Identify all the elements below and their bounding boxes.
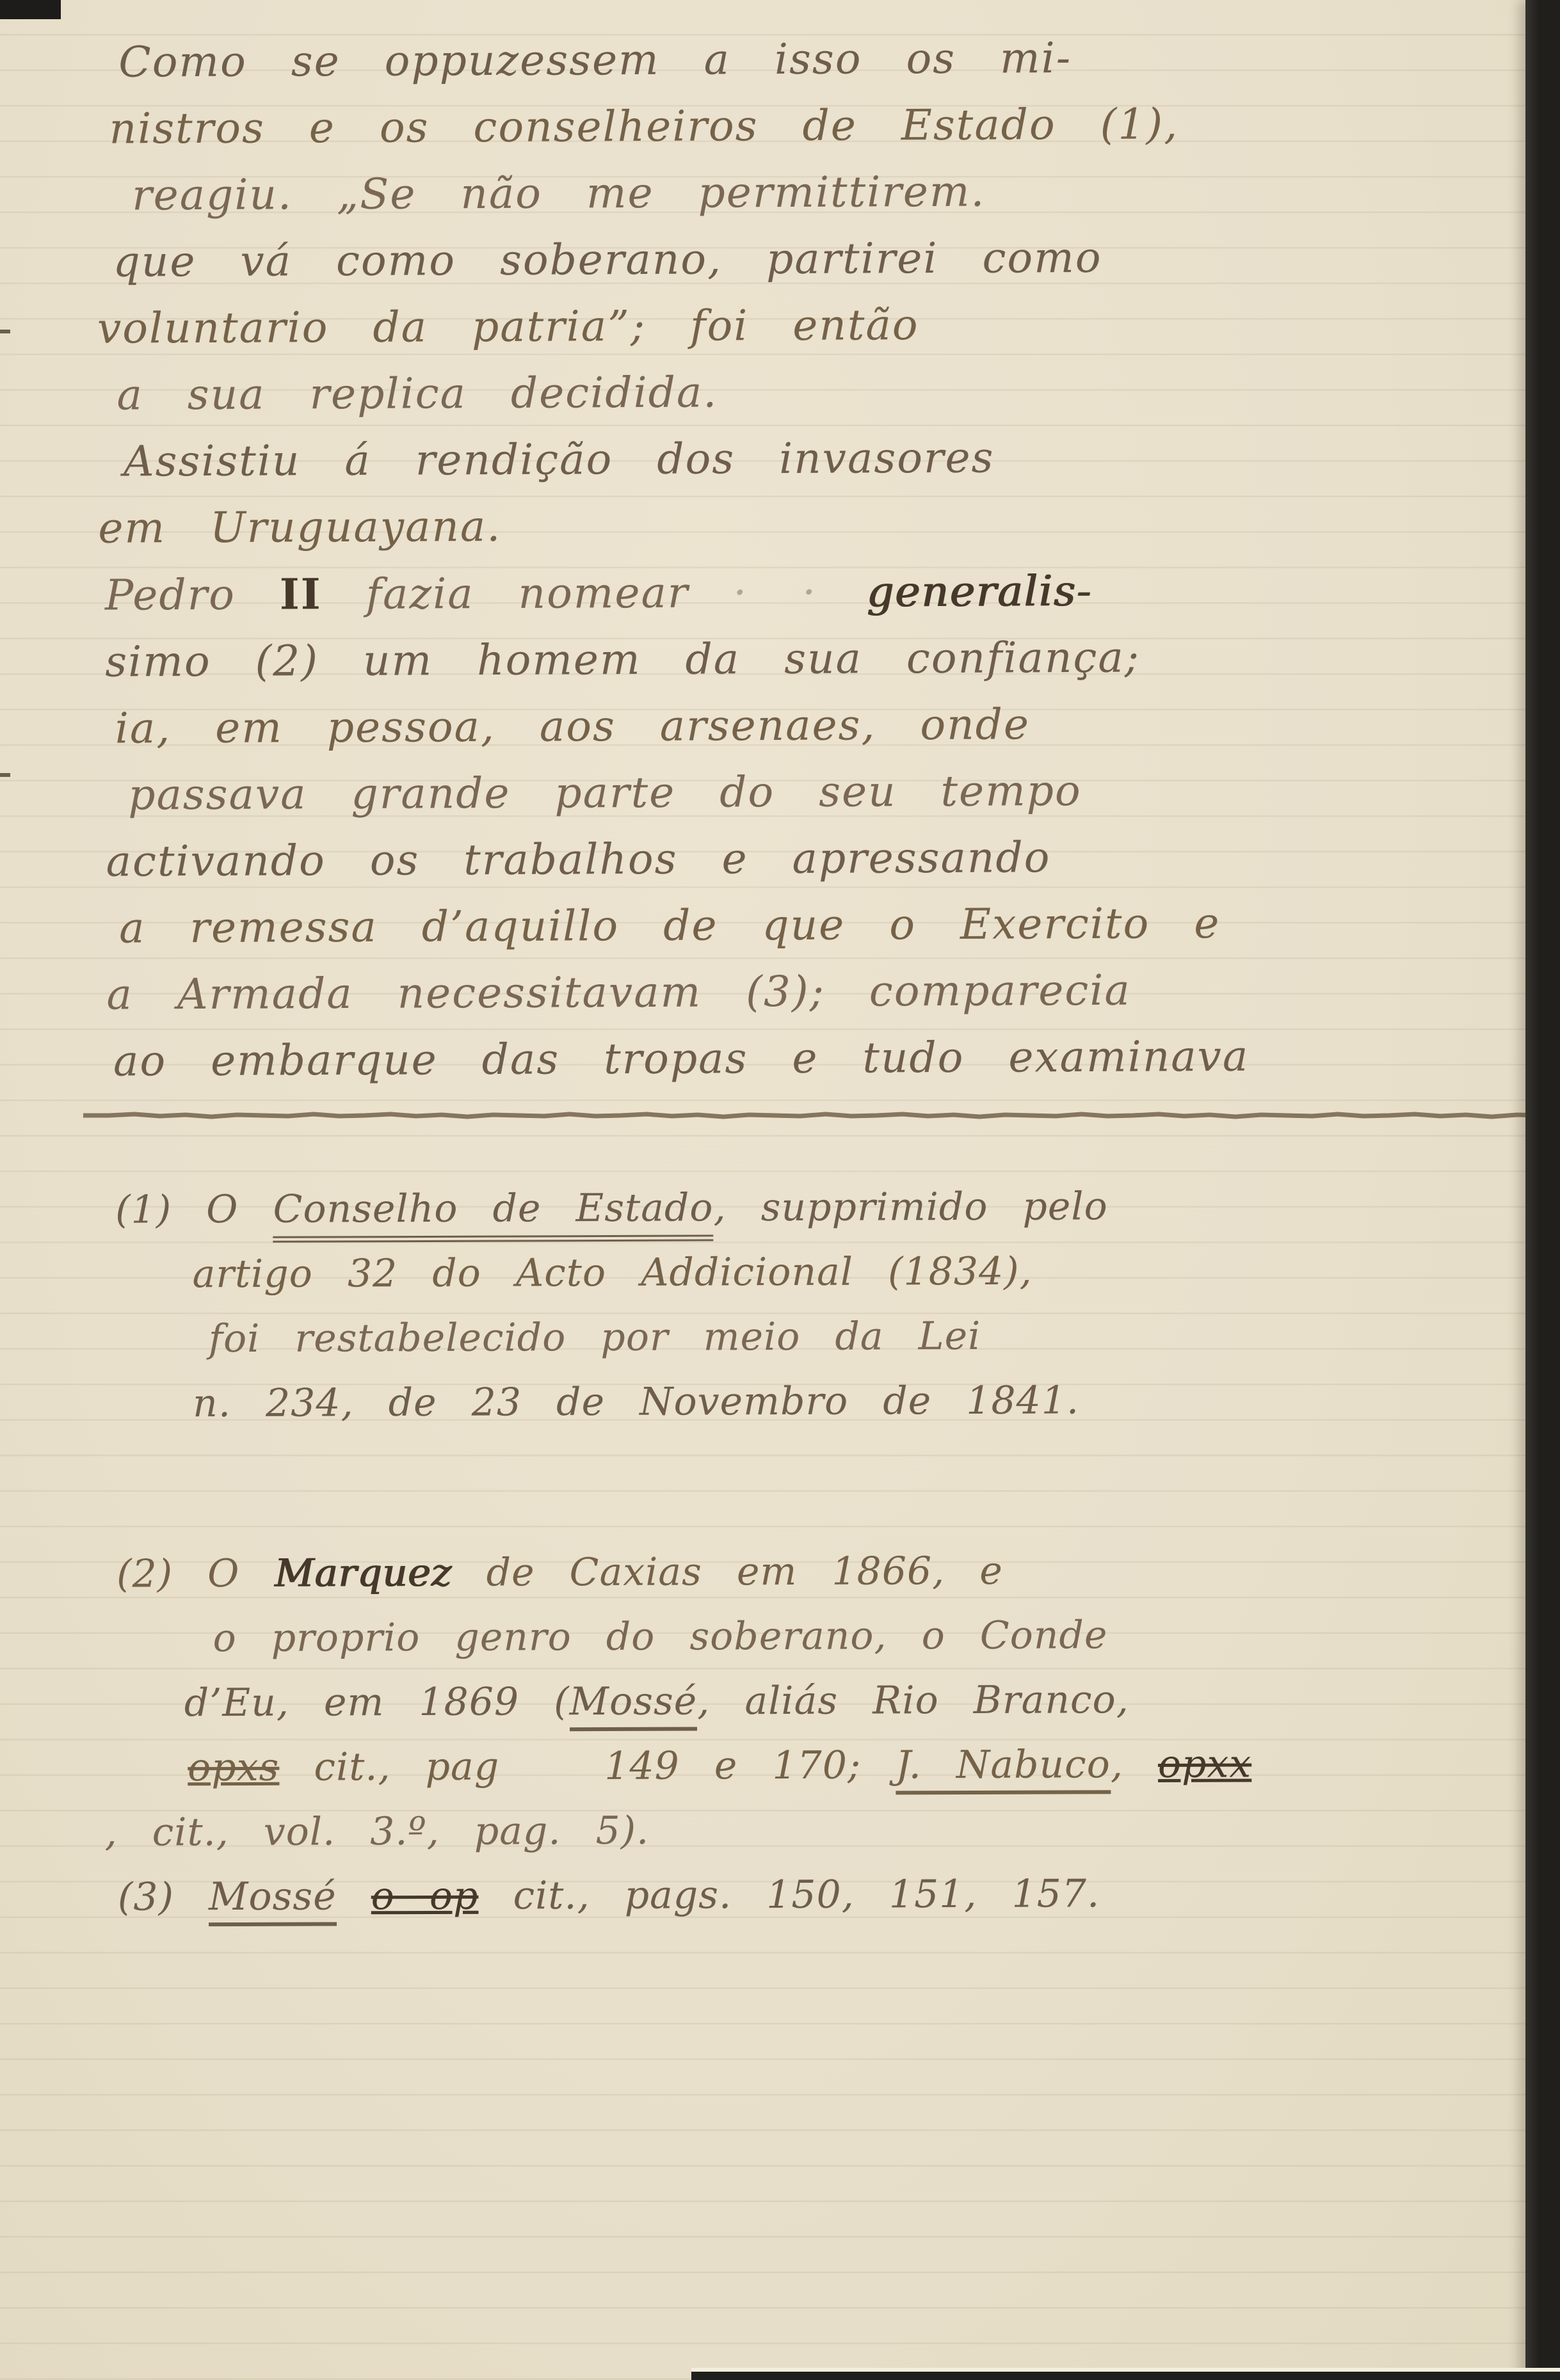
text-segment: cit., pag <box>279 1744 534 1789</box>
text-segment: o proprio genro do soberano, o Conde <box>213 1613 1107 1661</box>
scan-edge-strip <box>1525 0 1560 2380</box>
text-segment: 149 e 170; <box>604 1743 896 1789</box>
handwritten-line: , cit., vol. 3.º, pag. 5). <box>56 1796 1560 1865</box>
text-segment: ia, em pessoa, aos arsenaes, onde <box>115 699 1031 753</box>
text-segment: , supprimido pelo <box>713 1184 1107 1230</box>
page-content: Como se oppuzessem a isso os mi-nistros … <box>0 0 1560 1930</box>
text-segment: (3) <box>118 1874 209 1919</box>
text-segment <box>822 567 866 616</box>
text-segment: Pedro <box>105 570 280 619</box>
text-segment: (2) O <box>117 1551 275 1597</box>
text-segment: Mossé <box>569 1679 697 1731</box>
text-segment: que vá como soberano, partirei como <box>113 233 1102 287</box>
left-margin-mark <box>0 773 10 777</box>
handwritten-line: Pedro II fazia nomear · · generalis- <box>57 555 1560 629</box>
handwritten-line: artigo 32 do Acto Addicional (1834), <box>54 1238 1560 1307</box>
handwritten-line: (3) Mossé o op cit., pags. 150, 151, 157… <box>57 1860 1560 1930</box>
text-segment <box>337 1874 371 1919</box>
handwritten-line: em Uruguayana. <box>56 489 1560 562</box>
handwritten-line: foi restabelecido por meio da Lei <box>55 1302 1560 1372</box>
text-segment: Mossé <box>209 1874 337 1926</box>
handwritten-line: Como se oppuzessem a isso os mi- <box>54 23 1560 96</box>
handwritten-line: activando os trabalhos e apressando <box>58 822 1560 895</box>
text-segment: J. Nabuco <box>896 1742 1111 1794</box>
handwritten-line: passava grande parte do seu tempo <box>58 756 1560 829</box>
handwritten-line: reagiu. „Se não me permittirem. <box>55 156 1560 229</box>
handwritten-line: que vá como soberano, partirei como <box>55 223 1560 296</box>
handwritten-line: a Armada necessitavam (3); comparecia <box>58 955 1560 1028</box>
text-segment: a remessa d’aquillo de que o Exercito e <box>119 898 1221 953</box>
text-segment: passava grande parte do seu tempo <box>128 766 1082 819</box>
text-segment: , cit., vol. 3.º, pag. 5). <box>104 1809 649 1855</box>
text-segment: a Armada necessitavam (3); comparecia <box>106 966 1130 1019</box>
text-segment: foi restabelecido por meio da Lei <box>209 1314 981 1361</box>
text-segment: II <box>280 569 322 619</box>
text-segment: d’Eu, em 1869 ( <box>184 1679 570 1725</box>
scan-bottom-strip <box>691 2372 1560 2380</box>
text-segment: Assistiu á rendição dos invasores <box>124 433 995 486</box>
handwritten-line: n. 234, de 23 de Novembro de 1841. <box>55 1367 1560 1437</box>
scan-corner-notch <box>0 0 61 19</box>
handwritten-line: (2) O Marquez de Caxias em 1866, e <box>56 1537 1560 1607</box>
divider-wavy-line <box>83 1109 1560 1122</box>
handwritten-line: o proprio genro do soberano, o Conde <box>56 1602 1560 1672</box>
text-segment: n. 234, de 23 de Novembro de 1841. <box>193 1378 1079 1426</box>
footnotes: (1) O Conselho de Estado, supprimido pel… <box>54 1173 1560 1930</box>
text-segment: reagiu. „Se não me permittirem. <box>132 167 986 220</box>
text-segment: · · <box>733 568 822 618</box>
handwritten-line: ia, em pessoa, aos arsenaes, onde <box>58 689 1560 762</box>
text-segment: , <box>1111 1742 1158 1787</box>
text-segment: generalis- <box>866 566 1092 617</box>
text-segment: nistros e os conselheiros de Estado (1), <box>109 99 1179 153</box>
handwritten-line: (1) O Conselho de Estado, supprimido pel… <box>54 1173 1560 1243</box>
text-segment: activando os trabalhos e apressando <box>106 833 1051 886</box>
text-segment: , aliás Rio Branco, <box>697 1677 1129 1723</box>
left-margin-mark <box>0 330 10 333</box>
text-segment: opxx <box>1158 1741 1251 1787</box>
text-segment: artigo 32 do Acto Addicional (1834), <box>192 1249 1032 1297</box>
text-segment: cit., pags. 150, 151, 157. <box>478 1871 1100 1918</box>
text-segment: ao embarque das tropas e tudo examinava <box>113 1032 1250 1086</box>
handwritten-line: nistros e os conselheiros de Estado (1), <box>54 90 1560 163</box>
handwritten-line: voluntario da patria”; foi então <box>56 289 1560 362</box>
manuscript-page: Como se oppuzessem a isso os mi-nistros … <box>0 0 1560 2380</box>
handwritten-line: d’Eu, em 1869 (Mossé, aliás Rio Branco, <box>56 1666 1560 1736</box>
text-segment: Marquez <box>274 1551 451 1596</box>
handwritten-line: simo (2) um homem da sua confiança; <box>57 623 1560 696</box>
handwritten-line: Assistiu á rendição dos invasores <box>56 422 1560 495</box>
text-segment: o op <box>371 1874 479 1919</box>
handwritten-line: ao embarque das tropas e tudo examinava <box>59 1022 1560 1095</box>
text-segment: Conselho de Estado <box>273 1185 713 1242</box>
handwritten-line: opxs cit., pag 149 e 170; J. Nabuco, opx… <box>56 1731 1560 1801</box>
text-segment: voluntario da patria”; foi então <box>97 300 919 353</box>
handwritten-line: a remessa d’aquillo de que o Exercito e <box>58 889 1560 962</box>
text-segment: a sua replica decidida. <box>117 367 718 419</box>
text-segment: fazia nomear <box>321 568 733 619</box>
text-segment: simo (2) um homem da sua confiança; <box>105 633 1140 687</box>
footnote-divider <box>83 1109 1560 1122</box>
handwritten-line: a sua replica decidida. <box>56 356 1560 429</box>
text-segment: Como se oppuzessem a isso os mi- <box>118 33 1072 86</box>
text-segment: de Caxias em 1866, e <box>451 1549 1002 1595</box>
text-segment: (1) O <box>115 1187 273 1233</box>
text-segment: em Uruguayana. <box>98 502 501 553</box>
text-segment: opxs <box>188 1745 279 1790</box>
main-text: Como se oppuzessem a isso os mi-nistros … <box>54 23 1560 1095</box>
